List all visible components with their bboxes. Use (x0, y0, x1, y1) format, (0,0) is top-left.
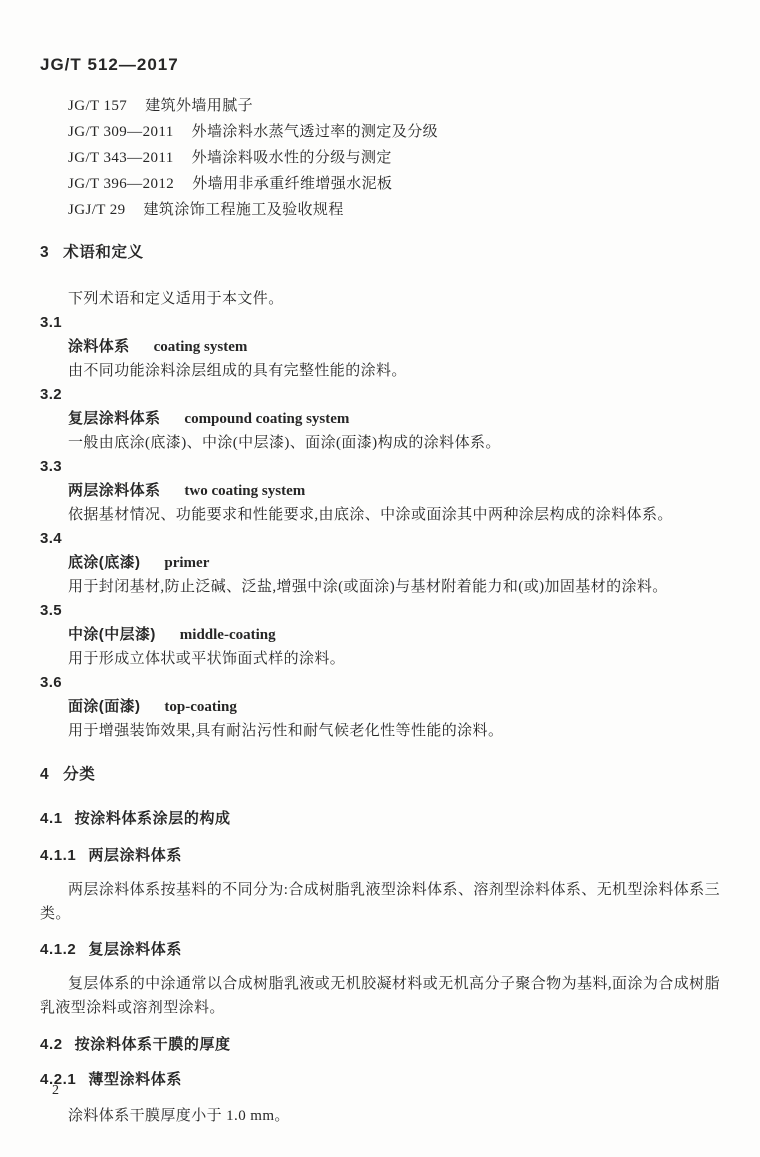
term-number: 3.5 (40, 599, 720, 623)
term-name: 底涂(底漆)primer (68, 551, 720, 575)
term-number: 3.1 (40, 311, 720, 335)
term-definition: 依据基材情况、功能要求和性能要求,由底涂、中涂或面涂其中两种涂层构成的涂料体系。 (68, 503, 720, 527)
subsection-title: 按涂料体系涂层的构成 (75, 810, 231, 827)
term-definition: 用于形成立体状或平状饰面式样的涂料。 (68, 647, 720, 671)
reference-item: JG/T 157建筑外墙用腻子 (68, 93, 720, 119)
reference-title: 建筑涂饰工程施工及验收规程 (144, 202, 344, 218)
term-number: 3.6 (40, 671, 720, 695)
term-name: 涂料体系coating system (68, 335, 720, 359)
reference-item: JGJ/T 29建筑涂饰工程施工及验收规程 (68, 197, 720, 223)
term-name-chinese: 复层涂料体系 (68, 410, 160, 427)
term-definition: 用于增强装饰效果,具有耐沾污性和耐气候老化性等性能的涂料。 (68, 719, 720, 743)
reference-code: JG/T 157 (68, 98, 127, 114)
reference-code: JG/T 309—2011 (68, 124, 174, 140)
term-name-chinese: 底涂(底漆) (68, 554, 140, 571)
section-title: 分类 (63, 766, 95, 783)
section-title: 术语和定义 (63, 244, 144, 261)
reference-title: 外墙涂料吸水性的分级与测定 (192, 150, 392, 166)
terms-and-definitions: 3.1 涂料体系coating system 由不同功能涂料涂层组成的具有完整性… (40, 311, 720, 743)
reference-code: JGJ/T 29 (68, 202, 126, 218)
subsection-number: 4.1 (40, 810, 63, 827)
term-name-chinese: 面涂(面漆) (68, 698, 140, 715)
body-paragraph: 涂料体系干膜厚度小于 1.0 mm。 (40, 1104, 720, 1128)
term-name: 中涂(中层漆)middle-coating (68, 623, 720, 647)
term-definition: 用于封闭基材,防止泛碱、泛盐,增强中涂(或面涂)与基材附着能力和(或)加固基材的… (68, 575, 720, 599)
subsection-title: 两层涂料体系 (88, 847, 182, 864)
term-block: 3.2 复层涂料体系compound coating system 一般由底涂(… (40, 383, 720, 455)
subsection-number: 4.1.2 (40, 941, 76, 958)
term-name-english: middle-coating (180, 627, 276, 643)
term-name-english: coating system (154, 339, 248, 355)
term-block: 3.4 底涂(底漆)primer 用于封闭基材,防止泛碱、泛盐,增强中涂(或面涂… (40, 527, 720, 599)
term-name: 面涂(面漆)top-coating (68, 695, 720, 719)
term-block: 3.1 涂料体系coating system 由不同功能涂料涂层组成的具有完整性… (40, 311, 720, 383)
term-name: 两层涂料体系two coating system (68, 479, 720, 503)
subsection-number: 4.2 (40, 1036, 63, 1053)
reference-title: 外墙涂料水蒸气透过率的测定及分级 (192, 124, 438, 140)
subsection-number: 4.1.1 (40, 847, 76, 864)
term-definition: 由不同功能涂料涂层组成的具有完整性能的涂料。 (68, 359, 720, 383)
term-name-chinese: 两层涂料体系 (68, 482, 160, 499)
term-number: 3.4 (40, 527, 720, 551)
subsection-4-2-heading: 4.2按涂料体系干膜的厚度 (40, 1035, 720, 1055)
reference-item: JG/T 396—2012外墙用非承重纤维增强水泥板 (68, 171, 720, 197)
section-number: 4 (40, 766, 49, 783)
subsection-4-1-heading: 4.1按涂料体系涂层的构成 (40, 809, 720, 829)
term-definition: 一般由底涂(底漆)、中涂(中层漆)、面涂(面漆)构成的涂料体系。 (68, 431, 720, 455)
standard-code-header: JG/T 512—2017 (40, 55, 720, 75)
subsection-title: 薄型涂料体系 (88, 1071, 182, 1088)
reference-title: 建筑外墙用腻子 (145, 98, 253, 114)
subsection-title: 复层涂料体系 (88, 941, 182, 958)
term-name: 复层涂料体系compound coating system (68, 407, 720, 431)
term-number: 3.3 (40, 455, 720, 479)
page-number: 2 (52, 1082, 59, 1100)
term-block: 3.6 面涂(面漆)top-coating 用于增强装饰效果,具有耐沾污性和耐气… (40, 671, 720, 743)
reference-item: JG/T 309—2011外墙涂料水蒸气透过率的测定及分级 (68, 119, 720, 145)
term-name-chinese: 涂料体系 (68, 338, 130, 355)
subsection-title: 按涂料体系干膜的厚度 (75, 1036, 231, 1053)
term-number: 3.2 (40, 383, 720, 407)
term-name-chinese: 中涂(中层漆) (68, 626, 156, 643)
reference-item: JG/T 343—2011外墙涂料吸水性的分级与测定 (68, 145, 720, 171)
term-name-english: primer (164, 555, 209, 571)
term-name-english: compound coating system (184, 411, 349, 427)
reference-code: JG/T 343—2011 (68, 150, 174, 166)
subsection-4-1-1-heading: 4.1.1两层涂料体系 (40, 846, 720, 866)
section-4-heading: 4分类 (40, 765, 720, 785)
subsection-4-1-2-heading: 4.1.2复层涂料体系 (40, 940, 720, 960)
subsection-4-2-1-heading: 4.2.1薄型涂料体系 (40, 1070, 720, 1090)
section-number: 3 (40, 244, 49, 261)
normative-references-list: JG/T 157建筑外墙用腻子 JG/T 309—2011外墙涂料水蒸气透过率的… (68, 93, 720, 223)
body-paragraph: 两层涂料体系按基料的不同分为:合成树脂乳液型涂料体系、溶剂型涂料体系、无机型涂料… (40, 878, 720, 926)
term-block: 3.3 两层涂料体系two coating system 依据基材情况、功能要求… (40, 455, 720, 527)
document-page: JG/T 512—2017 JG/T 157建筑外墙用腻子 JG/T 309—2… (0, 0, 760, 1157)
term-name-english: two coating system (184, 483, 305, 499)
reference-code: JG/T 396—2012 (68, 176, 174, 192)
term-block: 3.5 中涂(中层漆)middle-coating 用于形成立体状或平状饰面式样… (40, 599, 720, 671)
reference-title: 外墙用非承重纤维增强水泥板 (192, 176, 392, 192)
body-paragraph: 复层体系的中涂通常以合成树脂乳液或无机胶凝材料或无机高分子聚合物为基料,面涂为合… (40, 972, 720, 1020)
section-3-heading: 3术语和定义 (40, 243, 720, 263)
term-name-english: top-coating (164, 699, 237, 715)
terms-intro-paragraph: 下列术语和定义适用于本文件。 (40, 287, 720, 311)
